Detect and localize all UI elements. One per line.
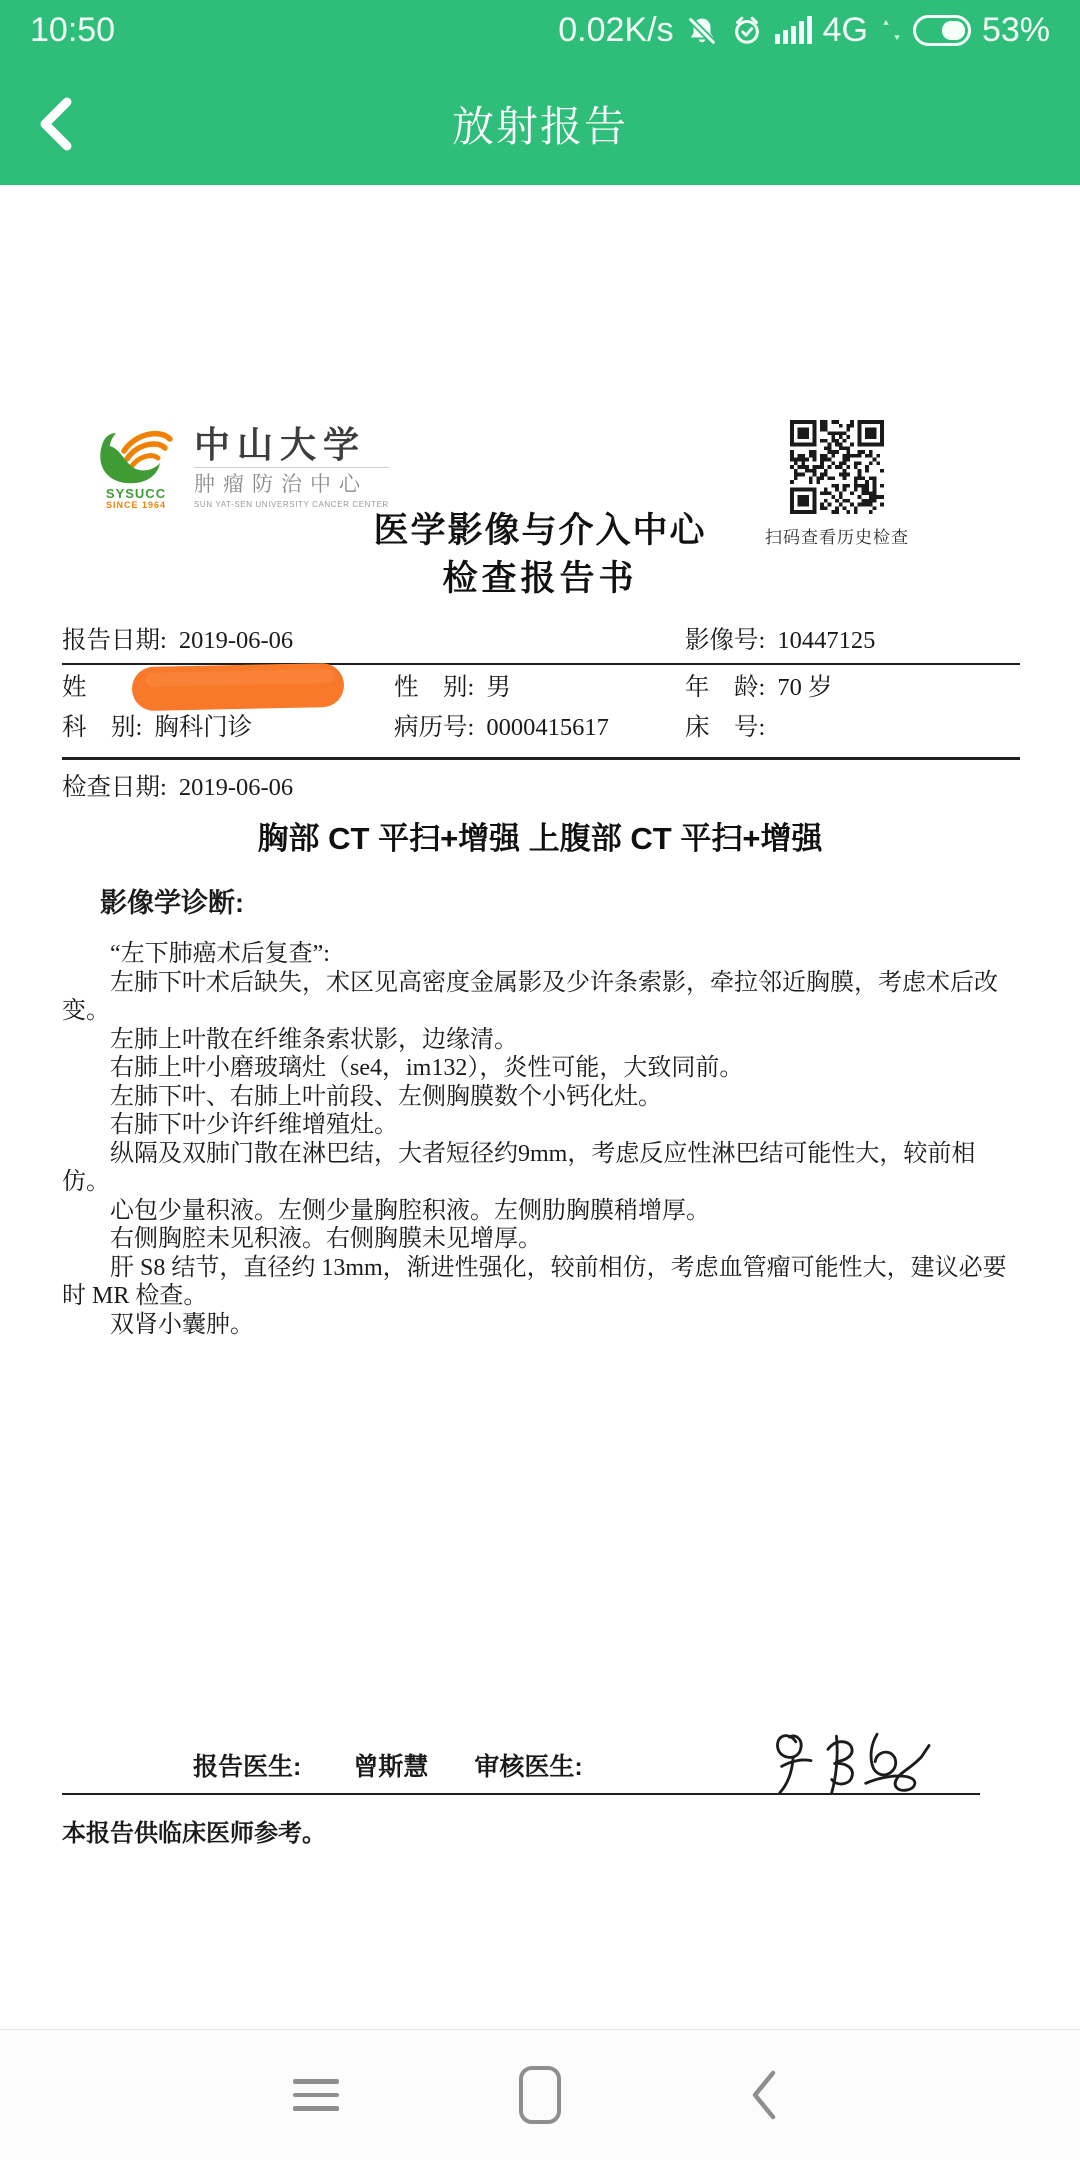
finding-line: 右肺上叶小磨玻璃灶（se4，im132），炎性可能，大致同前。	[62, 1054, 1020, 1083]
name-redaction	[132, 663, 345, 711]
network-type: 4G	[823, 11, 868, 50]
hospital-logo: SYSUCC SINCE 1964 中山大学 肿瘤防治中心 SUN YAT-SE…	[92, 425, 389, 511]
image-no-label: 影像号:	[685, 625, 765, 657]
back-icon	[747, 2067, 781, 2123]
doctor-signature	[765, 1721, 940, 1806]
signal-icon	[775, 16, 812, 44]
page-title: 放射报告	[0, 94, 1080, 154]
report-doctor-label: 报告医生:	[193, 1749, 301, 1785]
bed-label: 床 号:	[685, 713, 765, 743]
battery-percent: 53%	[982, 11, 1050, 50]
exam-date-label: 检查日期:	[62, 772, 167, 804]
finding-line: 纵隔及双肺门散在淋巴结，大者短径约9mm，考虑反应性淋巴结可能性大，较前相仿。	[62, 1140, 1020, 1197]
logo-abbr: SYSUCC	[106, 487, 166, 500]
dept-label: 科 别:	[62, 713, 142, 743]
battery-icon	[913, 15, 971, 46]
image-no-value: 10447125	[777, 625, 875, 657]
report-document: SYSUCC SINCE 1964 中山大学 肿瘤防治中心 SUN YAT-SE…	[0, 185, 1080, 2029]
field-row-dept: 科 别: 胸科门诊 病历号: 0000415617 床 号:	[62, 713, 1020, 743]
finding-line: 左肺下叶、右肺上叶前段、左侧胸膜数个小钙化灶。	[62, 1083, 1020, 1112]
name-label: 姓	[62, 673, 87, 703]
hospital-logo-icon	[94, 425, 178, 487]
data-arrows-icon	[881, 20, 902, 40]
record-no-value: 0000415617	[486, 713, 609, 743]
finding-line: 双肾小囊肿。	[62, 1311, 1020, 1340]
navigation-bar	[0, 2029, 1080, 2160]
report-date-value: 2019-06-06	[179, 625, 293, 657]
patient-fields: 报告日期: 2019-06-06 影像号: 10447125 姓 性 别: 男	[0, 625, 1080, 804]
review-doctor-label: 审核医生:	[474, 1749, 582, 1785]
signature-block: 报告医生: 曾斯慧 审核医生:	[62, 1749, 980, 1795]
mute-icon	[685, 13, 719, 47]
clock: 10:50	[30, 11, 115, 50]
section-title: 影像学诊断:	[100, 886, 1080, 920]
footnote: 本报告供临床医师参考。	[62, 1819, 1080, 1849]
findings: “左下肺癌术后复查”: 左肺下叶术后缺失，术区见高密度金属影及少许条索影，牵拉邻…	[0, 940, 1080, 1339]
finding-line: “左下肺癌术后复查”:	[62, 940, 1020, 969]
network-speed: 0.02K/s	[558, 11, 673, 50]
age-value: 70 岁	[777, 673, 832, 703]
record-no-label: 病历号:	[394, 713, 474, 743]
finding-line: 肝 S8 结节，直径约 13mm，渐进性强化，较前相仿，考虑血管瘤可能性大，建议…	[62, 1254, 1020, 1311]
document-title: 检查报告书	[0, 551, 1080, 601]
home-button[interactable]	[512, 2063, 568, 2127]
hospital-name-cn: 中山大学	[194, 425, 389, 465]
nav-back-button[interactable]	[736, 2063, 792, 2127]
gender-value: 男	[486, 673, 511, 703]
hospital-dept-cn: 肿瘤防治中心	[194, 467, 389, 500]
center-title: 医学影像与介入中心	[0, 503, 1080, 553]
finding-line: 心包少量积液。左侧少量胸腔积液。左侧肋胸膜稍增厚。	[62, 1197, 1020, 1226]
finding-line: 右肺下叶少许纤维增殖灶。	[62, 1111, 1020, 1140]
exam-title: 胸部 CT 平扫+增强 上腹部 CT 平扫+增强	[0, 818, 1080, 860]
finding-line: 左肺上叶散在纤维条索状影，边缘清。	[62, 1026, 1020, 1055]
exam-date-value: 2019-06-06	[179, 772, 293, 804]
field-row-name: 姓 性 别: 男 年 龄: 70 岁	[62, 665, 1020, 703]
age-label: 年 龄:	[685, 673, 765, 703]
recents-icon	[293, 2079, 339, 2111]
home-icon	[519, 2066, 561, 2124]
alarm-icon	[730, 13, 764, 47]
app-bar: 放射报告	[0, 60, 1080, 185]
report-doctor-name: 曾斯慧	[353, 1749, 428, 1785]
finding-line: 右侧胸腔未见积液。右侧胸膜未见增厚。	[62, 1225, 1020, 1254]
phone-screen: 10:50 0.02K/s 4G	[0, 0, 1080, 2160]
dept-value: 胸科门诊	[154, 713, 252, 743]
document-header: SYSUCC SINCE 1964 中山大学 肿瘤防治中心 SUN YAT-SE…	[0, 185, 1080, 595]
gender-label: 性 别:	[394, 673, 474, 703]
field-row-report-date: 报告日期: 2019-06-06 影像号: 10447125	[62, 625, 1020, 665]
status-bar: 10:50 0.02K/s 4G	[0, 0, 1080, 60]
field-row-exam-date: 检查日期: 2019-06-06	[62, 760, 1020, 804]
report-date-label: 报告日期:	[62, 625, 167, 657]
recents-button[interactable]	[288, 2063, 344, 2127]
finding-line: 左肺下叶术后缺失，术区见高密度金属影及少许条索影，牵拉邻近胸膜，考虑术后改变。	[62, 969, 1020, 1026]
